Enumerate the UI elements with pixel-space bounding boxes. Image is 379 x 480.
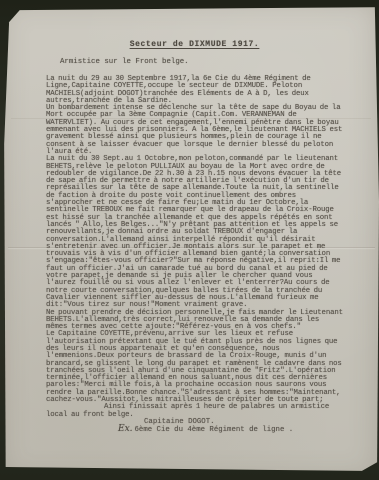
paragraph: Le Capitaine COYETTE,prévenu,arrive sur … — [46, 331, 343, 404]
document-content: Secteur de DIXMUDE 1917. Armistice sur l… — [0, 0, 379, 435]
attribution-text: 6ème Cie du 4ème Régiment de ligne . — [135, 426, 294, 434]
document-subtitle: Armistice sur le Front belge. — [60, 58, 343, 66]
paragraph: Ne pouvant prendre de décision personnel… — [46, 310, 343, 332]
paragraph: La nuit du 29 au 30 Septembre 1917,la 6e… — [46, 76, 343, 105]
paragraph: Un bombardement intense se déclenche sur… — [46, 105, 343, 156]
attribution-handwritten-prefix: Ex. — [118, 424, 133, 434]
document-title: Secteur de DIXMUDE 1917. — [46, 40, 343, 49]
photo-background: Secteur de DIXMUDE 1917. Armistice sur l… — [0, 0, 379, 480]
attribution: Ex.6ème Cie du 4ème Régiment de ligne . — [118, 426, 343, 435]
document-page: Secteur de DIXMUDE 1917. Armistice sur l… — [0, 0, 379, 480]
paragraph: La nuit du 30 Sept.au 1 Octobre,mon pelo… — [46, 156, 343, 309]
document-body: La nuit du 29 au 30 Septembre 1917,la 6e… — [46, 76, 343, 404]
closing-statement: Ainsi finissait après 1 heure de palabre… — [46, 404, 343, 419]
